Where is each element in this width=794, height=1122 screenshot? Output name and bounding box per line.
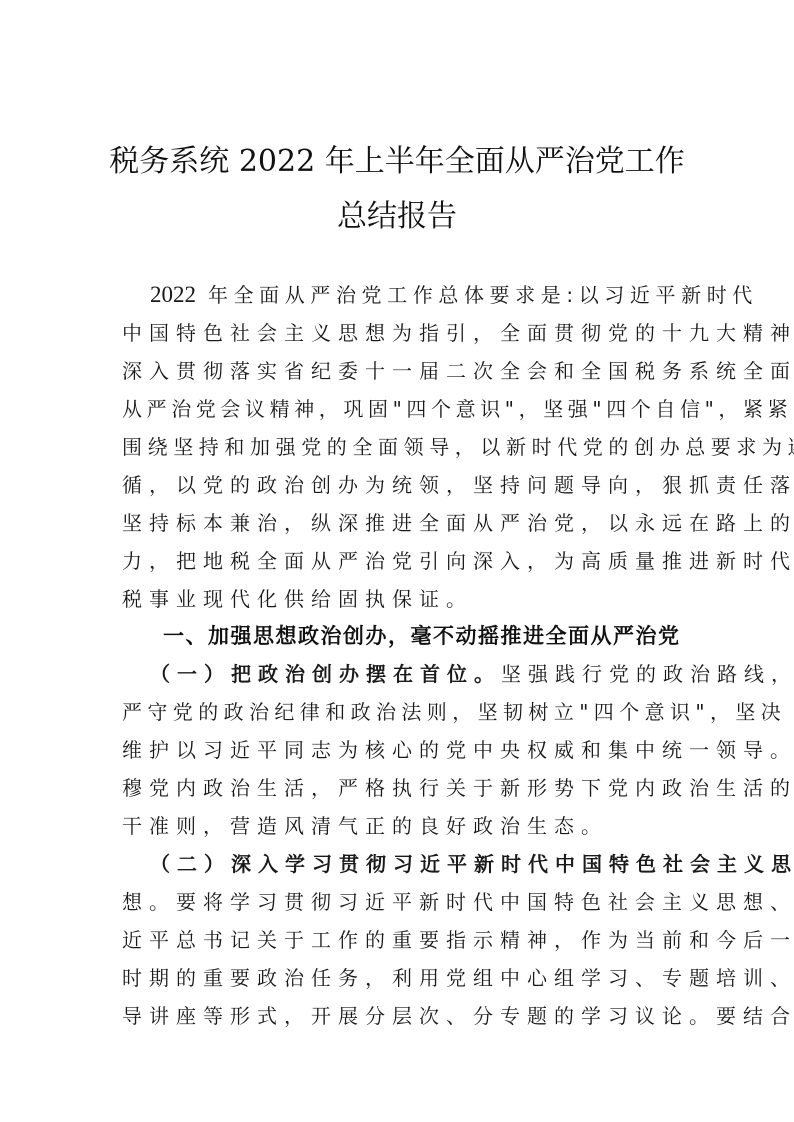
- section-heading: 一、加强思想政治创办，毫不动摇推进全面从严治党: [163, 623, 681, 649]
- item-label: （一）把政治创办摆在首位。: [150, 662, 501, 686]
- paragraph-line: 力，把地税全面从严治党引向深入，为高质量推进新时代地: [122, 548, 682, 574]
- document-title-line1: 税务系统 2022 年上半年全面从严治党工作: [0, 136, 794, 180]
- paragraph-line: 中国特色社会主义思想为指引，全面贯彻党的十九大精神，: [122, 320, 682, 346]
- paragraph-line: 税事业现代化供给固执保证。: [122, 586, 682, 612]
- paragraph-line: 2022 年全面从严治党工作总体要求是:以习近平新时代: [150, 282, 710, 308]
- paragraph-line: 循，以党的政治创办为统领，坚持问题导向，狠抓责任落实，: [122, 472, 682, 498]
- paragraph-line: 导讲座等形式，开展分层次、分专题的学习议论。要结合实: [122, 1003, 682, 1029]
- paragraph-line: 从严治党会议精神，巩固"四个意识"，坚强"四个自信"，紧紧: [122, 396, 682, 422]
- paragraph-line: 深入贯彻落实省纪委十一届二次全会和全国税务系统全面: [122, 358, 682, 384]
- paragraph-line: 干准则，营造风清气正的良好政治生态。: [122, 813, 682, 839]
- item-label: （二）深入学习贯彻习近平新时代中国特色社会主义思: [150, 851, 710, 877]
- paragraph-line: 严守党的政治纪律和政治法则，坚韧树立"四个意识"，坚决: [122, 699, 682, 725]
- paragraph-line: 想。要将学习贯彻习近平新时代中国特色社会主义思想、习: [122, 889, 682, 915]
- paragraph-line: 近平总书记关于工作的重要指示精神，作为当前和今后一个: [122, 927, 682, 953]
- paragraph-line: 穆党内政治生活，严格执行关于新形势下党内政治生活的若: [122, 775, 682, 801]
- year-number: 2022: [150, 282, 196, 307]
- paragraph-line: （一）把政治创办摆在首位。坚强践行党的政治路线，: [150, 661, 710, 687]
- document-page: 税务系统 2022 年上半年全面从严治党工作 总结报告 2022 年全面从严治党…: [0, 0, 794, 1122]
- paragraph-line: 维护以习近平同志为核心的党中央权威和集中统一领导。肃: [122, 737, 682, 763]
- paragraph-line: 坚持标本兼治，纵深推进全面从严治党，以永远在路上的定: [122, 510, 682, 536]
- document-title-line2: 总结报告: [0, 191, 794, 235]
- paragraph-line: 围绕坚持和加强党的全面领导，以新时代党的创办总要求为遵: [122, 434, 682, 460]
- paragraph-line: 时期的重要政治任务，利用党组中心组学习、专题培训、辅: [122, 965, 682, 991]
